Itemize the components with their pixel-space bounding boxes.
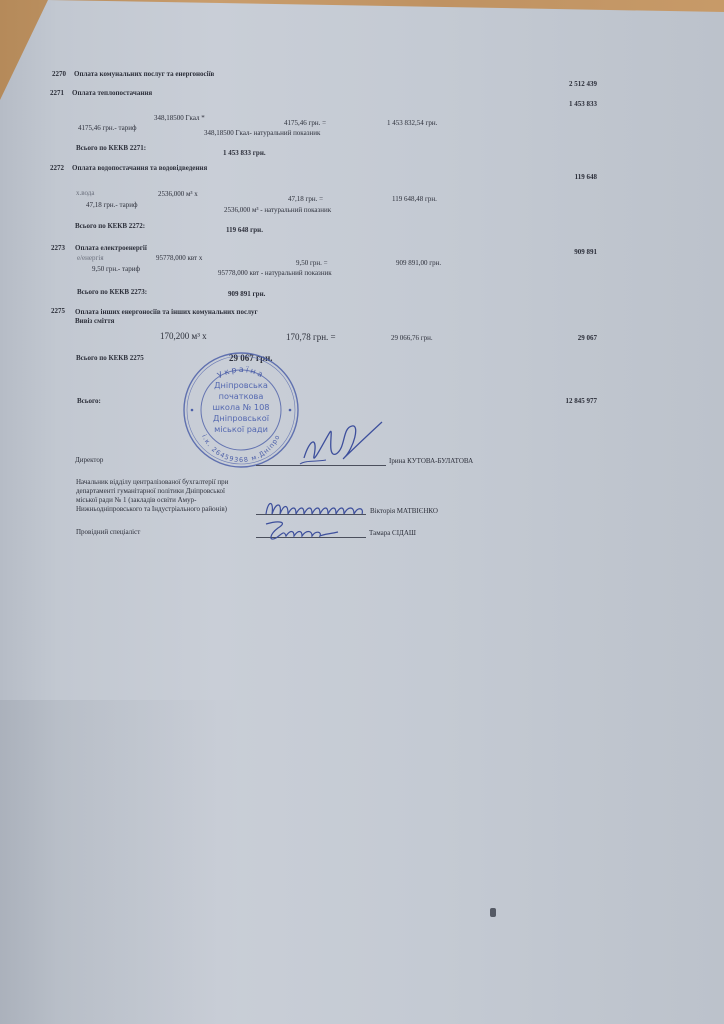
subtotal-2271: 1 453 833 грн. [223,149,266,158]
tariff-2273: 9,50 грн.- тариф [92,265,140,274]
subtotal-label-2275: Всього по КЕКВ 2275 [76,354,144,363]
natural-2271: 348,18500 Гкал- натуральний показник [204,129,320,138]
section-code-2272: 2272 [50,164,64,173]
price-2271: 4175,46 грн. = [284,119,326,128]
quantity-2272: 2536,000 м³ х [158,190,198,199]
section-title-2272: Оплата водопостачання та водовідведення [72,164,207,173]
official-stamp: Україна і.к. 26459368 м.Дніпро Дніпровсь… [181,350,301,470]
section-code-2270: 2270 [52,70,66,79]
quantity-2275: 170,200 м³ х [160,332,207,341]
price-2272: 47,18 грн. = [288,195,323,204]
svg-text:міської ради: міської ради [214,424,268,434]
sublabel-2272: х.вода [76,189,94,198]
section-total-2272: 119 648 [575,173,597,181]
director-name: Ірина КУТОВА-БУЛАТОВА [389,457,473,466]
grand-total-label: Всього: [77,397,101,406]
specialist-role: Провідний спеціаліст [76,528,140,537]
amount-2272: 119 648,48 грн. [392,195,437,204]
amount-2273: 909 891,00 грн. [396,259,441,268]
section-total-2271: 1 453 833 [569,100,597,108]
chief-accountant-role-line-3: міської ради № 1 (закладів освіти Амур- [76,496,196,505]
sublabel-2273: е/енергія [77,254,104,263]
chief-accountant-name: Вікторія МАТВІЄНКО [370,507,438,516]
director-signature [296,418,386,470]
section-total-2273: 909 891 [574,248,597,256]
quantity-2273: 95778,000 квт х [156,254,202,263]
sublabel-2275: Вивіз сміття [75,317,114,326]
section-total-2270: 2 512 439 [569,80,597,88]
section-code-2275: 2275 [51,307,65,316]
chief-accountant-role-line-4: Нижньодніпровського та Індустріального р… [76,505,227,514]
subtotal-label-2271: Всього по КЕКВ 2271: [76,144,146,153]
price-2273: 9,50 грн. = [296,259,328,268]
tariff-2272: 47,18 грн.- тариф [86,201,137,210]
subtotal-2273: 909 891 грн. [228,290,265,299]
subtotal-2272: 119 648 грн. [226,226,263,235]
specialist-signature [260,518,340,544]
chief-accountant-role-line-2: департаменті гуманітарної політики Дніпр… [76,487,225,496]
grand-total: 12 845 977 [566,397,598,405]
section-title-2271: Оплата теплопостачання [72,89,152,98]
svg-text:школа № 108: школа № 108 [212,402,269,412]
section-total-2275: 29 067 [578,334,597,342]
amount-2275: 29 066,76 грн. [391,334,433,343]
section-title-2275: Оплата інших енергоносіїв та інших комун… [75,308,258,317]
natural-2272: 2536,000 м³ - натуральний показник [224,206,331,215]
quantity-2271: 348,18500 Гкал * [154,114,205,123]
svg-text:Дніпровської: Дніпровської [213,413,270,423]
tariff-2271: 4175,46 грн.- тариф [78,124,136,133]
price-2275: 170,78 грн. = [286,333,336,342]
director-role: Директор [75,456,103,465]
svg-text:початкова: початкова [219,391,264,401]
section-title-2273: Оплата електроенергії [75,244,147,253]
amount-2271: 1 453 832,54 грн. [387,119,437,128]
section-code-2271: 2271 [50,89,64,98]
natural-2273: 95778,000 квт - натуральний показник [218,269,332,278]
specialist-name: Тамара СІДАШ [369,529,416,538]
section-title-2270: Оплата комунальних послуг та енергоносії… [74,70,214,79]
subtotal-label-2273: Всього по КЕКВ 2273: [77,288,147,297]
subtotal-label-2272: Всього по КЕКВ 2272: [75,222,145,231]
ink-spot [490,908,496,917]
section-code-2273: 2273 [51,244,65,253]
document-page: 2270 Оплата комунальних послуг та енерго… [0,0,724,1024]
svg-text:Україна: Україна [216,365,266,380]
svg-text:Дніпровська: Дніпровська [214,380,268,390]
chief-accountant-role-line-1: Начальник відділу централізованої бухгал… [76,478,228,487]
